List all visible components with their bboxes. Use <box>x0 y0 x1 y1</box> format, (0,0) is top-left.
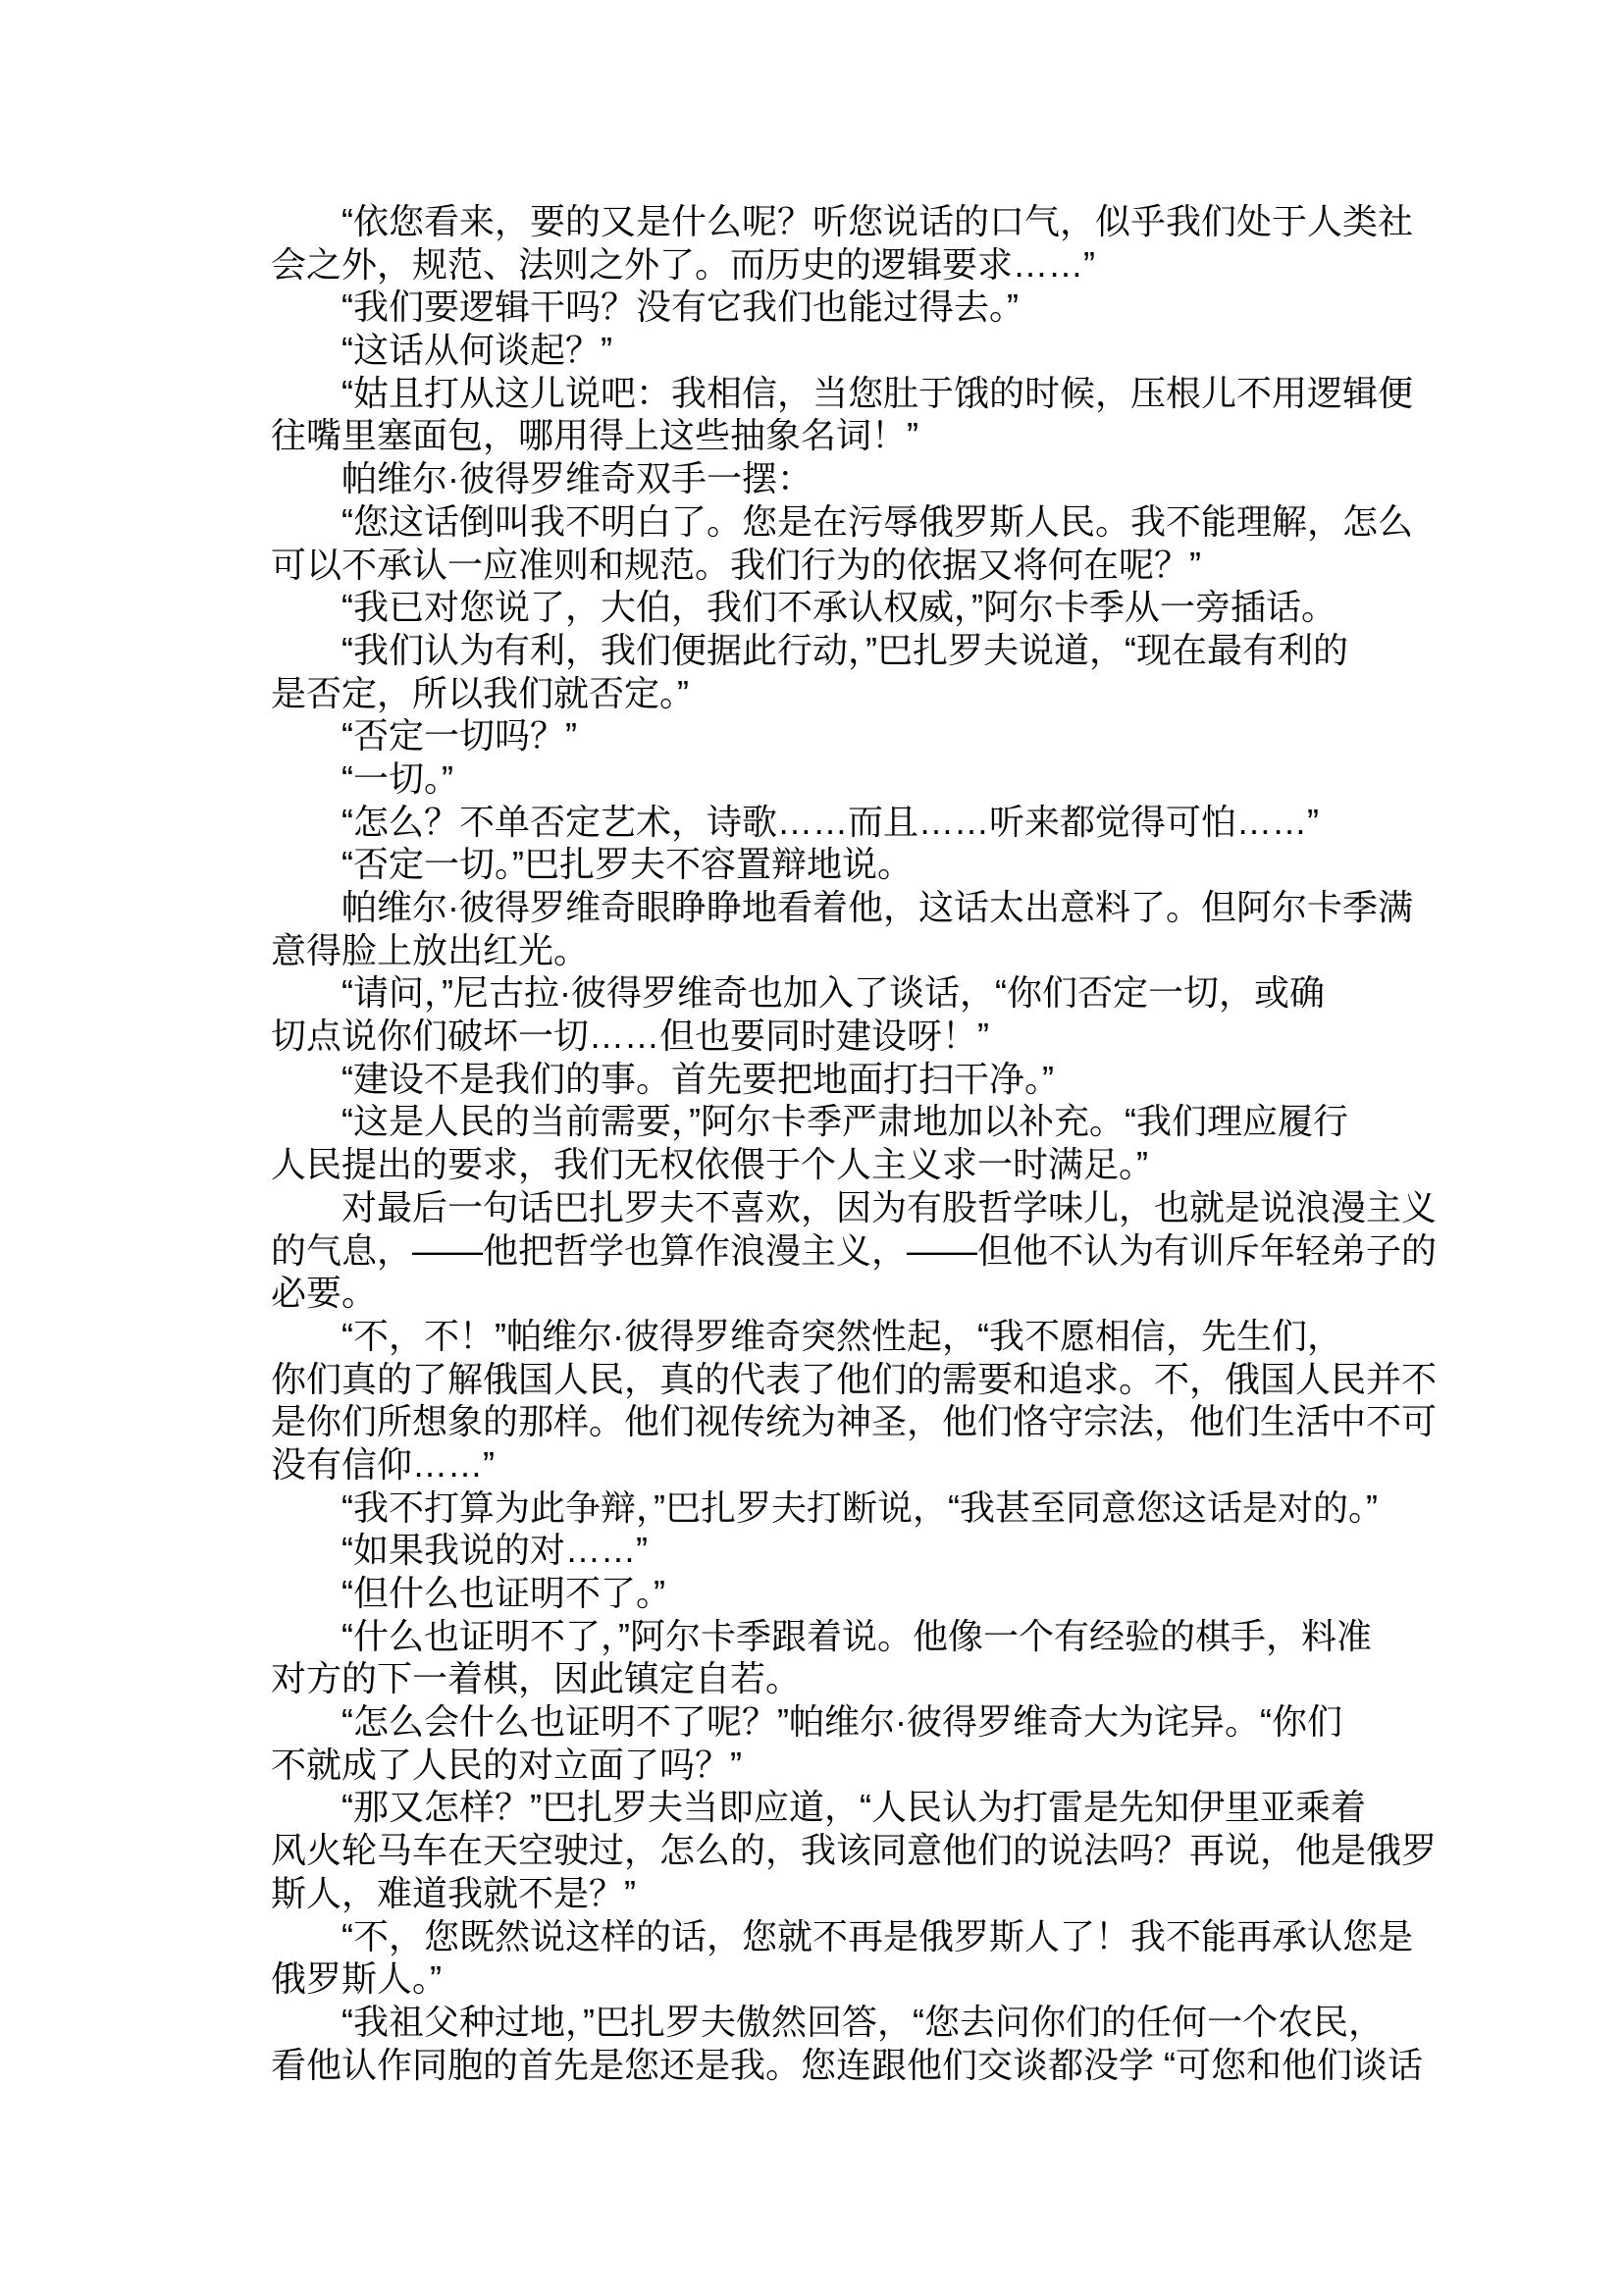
text-line: “不，不！”帕维尔·彼得罗维奇突然性起，“我不愿相信，先生们， <box>271 1315 1517 1358</box>
text-line: “不，您既然说这样的话，您就不再是俄罗斯人了！我不能再承认您是 <box>271 1915 1517 1958</box>
text-line: “我们认为有利，我们便据此行动，”巴扎罗夫说道，“现在最有利的 <box>271 629 1517 672</box>
text-line: “姑且打从这儿说吧：我相信，当您肚于饿的时候，压根儿不用逻辑便 <box>271 372 1517 415</box>
text-line: 人民提出的要求，我们无权依偎于个人主义求一时满足。” <box>271 1143 1517 1186</box>
text-line: 往嘴里塞面包，哪用得上这些抽象名词！” <box>271 414 1517 457</box>
text-line: 可以不承认一应准则和规范。我们行为的依据又将何在呢？” <box>271 544 1517 587</box>
text-line: 必要。 <box>271 1272 1517 1315</box>
text-line: “什么也证明不了，”阿尔卡季跟着说。他像一个有经验的棋手，料准 <box>271 1615 1517 1658</box>
text-line: 没有信仰……” <box>271 1443 1517 1486</box>
text-line: 帕维尔·彼得罗维奇双手一摆： <box>271 457 1517 500</box>
text-line: 的气息，——他把哲学也算作浪漫主义，——但他不认为有训斥年轻弟子的 <box>271 1229 1517 1273</box>
text-line: 风火轮马车在天空驶过，怎么的，我该同意他们的说法吗？再说，他是俄罗 <box>271 1829 1517 1872</box>
text-line: 对方的下一着棋，因此镇定自若。 <box>271 1657 1517 1700</box>
text-line: “我不打算为此争辩，”巴扎罗夫打断说，“我甚至同意您这话是对的。” <box>271 1486 1517 1530</box>
text-line: 意得脸上放出红光。 <box>271 929 1517 972</box>
text-line: “怎么？不单否定艺术，诗歌……而且……听来都觉得可怕……” <box>271 801 1517 844</box>
text-line: 是否定，所以我们就否定。” <box>271 672 1517 715</box>
text-line: “我们要逻辑干吗？没有它我们也能过得去。” <box>271 286 1517 329</box>
text-line: “依您看来，要的又是什么呢？听您说话的口气，似乎我们处于人类社 <box>271 200 1517 243</box>
text-line: “否定一切。”巴扎罗夫不容置辩地说。 <box>271 843 1517 886</box>
text-line: 不就成了人民的对立面了吗？” <box>271 1744 1517 1787</box>
text-line: “这话从何谈起？” <box>271 329 1517 372</box>
text-line: “您这话倒叫我不明白了。您是在污辱俄罗斯人民。我不能理解，怎么 <box>271 500 1517 544</box>
text-line: “我已对您说了，大伯，我们不承认权威，”阿尔卡季从一旁插话。 <box>271 586 1517 629</box>
text-line: 俄罗斯人。” <box>271 1957 1517 2001</box>
text-line: “如果我说的对……” <box>271 1529 1517 1572</box>
text-line: “这是人民的当前需要，”阿尔卡季严肃地加以补充。“我们理应履行 <box>271 1100 1517 1143</box>
text-line: “我祖父种过地，”巴扎罗夫傲然回答，“您去问你们的任何一个农民， <box>271 2001 1517 2044</box>
text-line: 看他认作同胞的首先是您还是我。您连跟他们交谈都没学 “可您和他们谈话 <box>271 2044 1517 2087</box>
text-line: “那又怎样？”巴扎罗夫当即应道，“人民认为打雷是先知伊里亚乘着 <box>271 1786 1517 1829</box>
text-line: 切点说你们破坏一切……但也要同时建设呀！” <box>271 1015 1517 1058</box>
text-line: “建设不是我们的事。首先要把地面打扫干净。” <box>271 1058 1517 1101</box>
body-text-column: “依您看来，要的又是什么呢？听您说话的口气，似乎我们处于人类社 会之外，规范、法… <box>271 200 1517 2086</box>
text-line: “一切。” <box>271 757 1517 801</box>
text-line: 对最后一句话巴扎罗夫不喜欢，因为有股哲学味儿，也就是说浪漫主义 <box>271 1186 1517 1229</box>
text-line: 斯人，难道我就不是？” <box>271 1872 1517 1915</box>
text-line: 是你们所想象的那样。他们视传统为神圣，他们恪守宗法，他们生活中不可 <box>271 1400 1517 1443</box>
text-line: 你们真的了解俄国人民，真的代表了他们的需要和追求。不，俄国人民并不 <box>271 1358 1517 1401</box>
text-line: 帕维尔·彼得罗维奇眼睁睁地看着他，这话太出意料了。但阿尔卡季满 <box>271 886 1517 929</box>
text-line: “但什么也证明不了。” <box>271 1572 1517 1615</box>
text-line: “请问，”尼古拉·彼得罗维奇也加入了谈话，“你们否定一切，或确 <box>271 971 1517 1015</box>
document-page: “依您看来，要的又是什么呢？听您说话的口气，似乎我们处于人类社 会之外，规范、法… <box>0 0 1624 2294</box>
text-line: 会之外，规范、法则之外了。而历史的逻辑要求……” <box>271 243 1517 287</box>
text-line: “否定一切吗？” <box>271 714 1517 757</box>
text-line: “怎么会什么也证明不了呢？”帕维尔·彼得罗维奇大为诧异。“你们 <box>271 1700 1517 1744</box>
